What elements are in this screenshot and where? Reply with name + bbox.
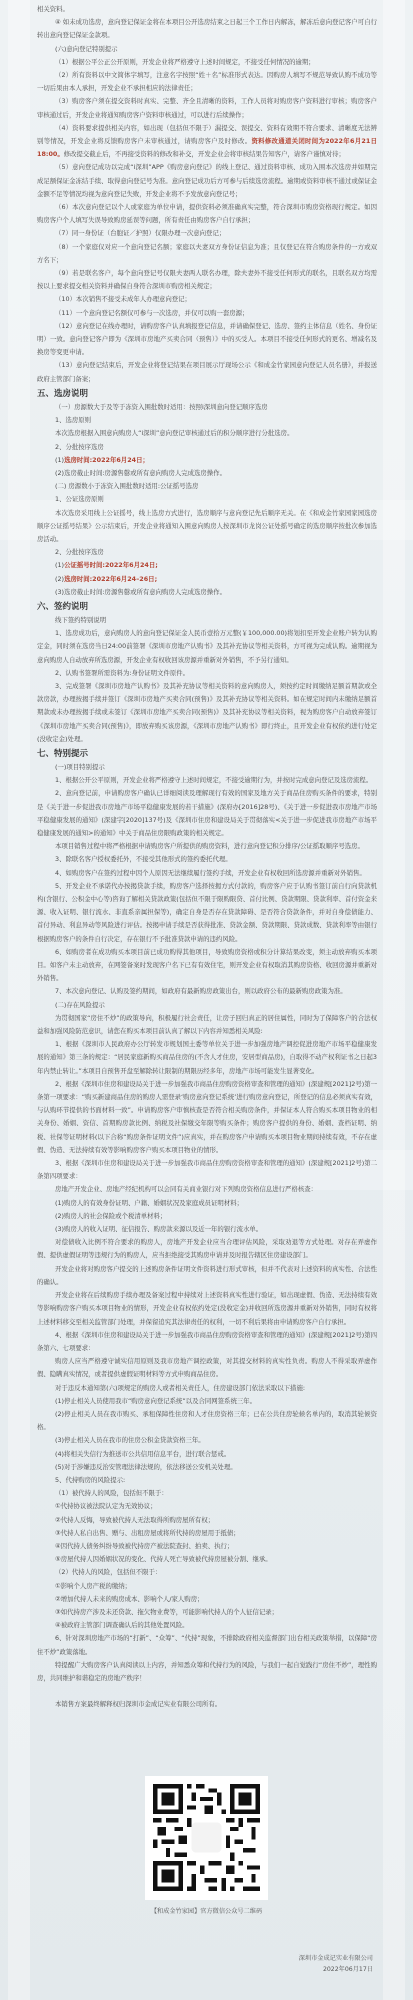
paragraph: （8）一个家庭仅对应一个意向登记名额；家庭以夫妻双方身份证信息为准；且仅登记在符… xyxy=(37,241,377,267)
paragraph: （2）所有资料以中文简体字填写，注意名字按照“姓＋名”标准形式表达。因购房人填写… xyxy=(37,69,377,95)
sub-heading: (1)停止相关人员使用我市“购房意向登记系统”以及合同网签系统三年。 xyxy=(37,1395,377,1408)
paragraph: 4、如购房客户在签约过程中因个人原因无法继续履行签约手续，开发企业有权收回所选房… xyxy=(37,867,377,880)
paragraph: 1、根据公开公平原则，开发企业将严格遵守上述时间规定，不接受逾期行为，并按时完成… xyxy=(37,774,377,787)
sub-heading: (二)存在风险提示 xyxy=(37,999,377,1012)
qr-caption: 【和成金竹家园】官方微信公众号二维码 xyxy=(0,1906,413,1915)
paragraph: 本次选房根据入围意向购房人“i深圳”意向登记审核通过后的积分顺序进行分批选房。 xyxy=(37,427,377,440)
sub-heading: (二) 房源数小于冻资入围批数时适用:公证摇号选房 xyxy=(37,480,377,493)
sub-heading: ①影响个人房产税的缴纳； xyxy=(37,1580,377,1593)
sub-heading: (3)购房人的收入证明、征信报告、购房款来源以及近一年的银行流水单。 xyxy=(37,1223,377,1236)
paragraph: 购房人应当严格遵守诚实信用原则及我市房地产调控政策，对其提交材料的真实性负责。购… xyxy=(37,1355,377,1381)
paragraph: 2、根据《深圳市住房和建设局关于进一步加强我市商品住房购房资格审查和管理的通知》… xyxy=(37,1078,377,1157)
sub-heading: ⑤房屋代持人因婚姻状况的变化、代持人死亡导致被代持房屋被分割、继承。 xyxy=(37,1553,377,1566)
sub-heading: ②代持人反悔，导致被代持人无法取得所购房屋所有权； xyxy=(37,1514,377,1527)
sub-heading: ③代持人私自出售、赠与、出租房屋或将所代持的房屋用于抵债； xyxy=(37,1527,377,1540)
qr-code-icon xyxy=(153,1784,260,1891)
company-name: 深圳市金成记实业有限公司 xyxy=(299,1953,373,1964)
paragraph: （12）意向登记在线办理时，请购房客户认真填报登记信息，并请确保登记、选房、签约… xyxy=(37,320,377,360)
sub-heading: （2）代持人的风险，包括但不限于： xyxy=(37,1566,377,1579)
paragraph: 6、如购房者在成功购买本项目前已成功购得其他项目，导致购房资格或积分计算结果改变… xyxy=(37,946,377,986)
section-heading: 五、选房说明 xyxy=(37,387,377,401)
paragraph-text: 修改提交截止后，不再接受资料的修改和补交，开发企业会将审核结果告知客户，请客户谨… xyxy=(64,150,345,158)
sub-heading: ①代持协议被法院认定为无效协议； xyxy=(37,1500,377,1513)
paragraph-with-highlight: （4）资料要求提供相关内容，如出现（包括但不限于）漏提交、误提交、资料有效期不符… xyxy=(37,122,377,162)
paragraph: 5、开发企业不承诺代办按揭贷款手续，购房客户选择按揭方式付款的，购房客户应于认购… xyxy=(37,880,377,946)
section-heading: 七、特别提示 xyxy=(37,747,377,761)
paragraph: 6、针对深圳房地产市场的“打新”、“众筹”、“代持”现象，不排除政府相关监督部门… xyxy=(37,1632,377,1658)
paragraph: （3）购房客户须在提交资料时真实、完整、齐全且清晰的资料，工作人员将对购房客户资… xyxy=(37,95,377,121)
paragraph: 开发企业将对购房客户提交的上述购房条件证明文件资料进行形式审核，但并不代表对上述… xyxy=(37,1263,377,1289)
paragraph: ④ 如未成功选房，意向登记保证金将在本项目公开选房结束之日起三个工作日内解冻，解… xyxy=(37,16,377,42)
paragraph-text: (1) xyxy=(55,456,64,464)
paragraph: 7、本次意向登记、认购及签约期间，如政府有最新购房政策出台，则以政府公布的最新购… xyxy=(37,985,377,998)
paragraph: 2、认购书签署所需资料为:身份证明文件原件。 xyxy=(37,667,377,680)
paragraph-with-highlight: (1)公证摇号时间:2022年6月24日; xyxy=(37,559,377,572)
sub-heading: (2)购房人的社会保险或个税清单材料； xyxy=(37,1210,377,1223)
sub-heading: ④被政府主管部门调查确认后的其他处置风险。 xyxy=(37,1619,377,1632)
paragraph: （10）本次销售不接受未成年人办理意向登记； xyxy=(37,293,377,306)
sub-heading: 2、分批按序选房 xyxy=(37,546,377,559)
sub-heading: 1、公证选房原则 xyxy=(37,493,377,506)
paragraph-text: (1) xyxy=(55,561,64,569)
paragraph: 1、选房成功后，意向购房人的意向登记保证金人民币壹拾万元整(￥100,000.0… xyxy=(37,627,377,667)
sub-heading: (5)对于涉嫌违反治安管理法律法规的，依法移送公安机关处理。 xyxy=(37,1461,377,1474)
section-heading: 六、签约说明 xyxy=(37,600,377,614)
highlighted-deadline: 公证摇号时间:2022年6月24日; xyxy=(64,561,158,569)
paragraph: 本项目销售过程中将严格根据申请购房客户所提供的购房资料，进行意向登记积分排序/公… xyxy=(37,840,377,853)
paragraph: （9）若是联名客户，每个意向登记号仅限夫妻两人联名办理，除夫妻外不接受任何形式的… xyxy=(37,267,377,293)
paragraph: 相关资料。 xyxy=(37,3,377,16)
paragraph-with-highlight: (2)选房时间:2022年6月24–26日; xyxy=(37,573,377,586)
paragraph: （1）根据公平公正公开原则，开发企业将严格遵守上述时间规定，不接受任何情况的逾期… xyxy=(37,56,377,69)
sub-heading: 线下签约特别说明 xyxy=(37,614,377,627)
sub-heading: (3)选房截止时间:房源售罄或所有意向购房人完成选房操作。 xyxy=(37,586,377,599)
paragraph: 开发企业将在后续购房手续办理及备案过程中持续对上述资料真实性进行验证，如出现虚假… xyxy=(37,1289,377,1329)
highlighted-deadline: 选房时间:2022年6月24日； xyxy=(64,456,149,464)
paragraph: 特提醒广大购房客户认真阅读以上内容，并知悉众筹和代持行为的风险，与我们一起自觉践… xyxy=(37,1659,377,1685)
paragraph: (2)停止相关人员在我市购买、承租保障性住房和人才住房资格三年；已在公共住房轮候… xyxy=(37,1408,377,1434)
sub-heading: 5、代持购房的风险提示: xyxy=(37,1474,377,1487)
sub-heading: (2)选房截止时间:房源售罄或所有意向购房人完成选房操作。 xyxy=(37,467,377,480)
paragraph: 3、完成签署《深圳市房地产认购书》及其补充协议等相关资料的意向购房人，须按约定时… xyxy=(37,680,377,746)
paragraph: 房地产开发企业、房地产经纪机构可以会同有关商业银行对下列购房资格信息进行严格核查… xyxy=(37,1183,377,1196)
paragraph-with-highlight: (1)选房时间:2022年6月24日； xyxy=(37,454,377,467)
paragraph: 4、根据《深圳市住房和建设局关于进一步加强我市商品住房购房资格审查和管理的通知》… xyxy=(37,1329,377,1355)
qr-code-card xyxy=(145,1776,268,1900)
paragraph: 本销售方案最终解释权归深圳市金成记实业有限公司所有。 xyxy=(37,1698,377,1711)
sales-notice-document: 相关资料。④ 如未成功选房，意向登记保证金将在本项目公开选房结束之日起三个工作日… xyxy=(37,3,377,1712)
sub-heading: (一)项目特别提示 xyxy=(37,761,377,774)
paragraph: 2、意向登记前，申请购房客户确认已详细阅读及理解现行有效的国家及地方关于商品住房… xyxy=(37,787,377,840)
highlighted-deadline: 选房时间:2022年6月24–26日; xyxy=(64,575,157,583)
spacer xyxy=(37,1685,377,1698)
sub-heading: ④因代持人债务纠纷导致被代持房产被法院查封、拍卖、执行； xyxy=(37,1540,377,1553)
sub-heading: (4)将相关失信行为推送市公共信用信息平台，进行联合惩戒。 xyxy=(37,1448,377,1461)
paragraph: （13）意向登记结束后，开发企业将登记结果在项目展示厅现场公示《和成金竹家园意向… xyxy=(37,359,377,385)
sub-heading: （一）房源数大于及等于冻资入围批数时适用：按照i深圳意向登记顺序选房 xyxy=(37,401,377,414)
sub-heading: （1）被代持人的风险，包括但不限于： xyxy=(37,1487,377,1500)
sub-heading: ③如代持房产涉及未还贷款、拖欠物业费等，可能影响代持人的个人征信记录； xyxy=(37,1606,377,1619)
paragraph: 为贯彻国家“房住不炒”的政策导向，积极履行社会责任，让房子回归真正的居住属性，同… xyxy=(37,1012,377,1038)
signature-date: 2022年06月17日 xyxy=(299,1964,373,1975)
sub-heading: 2、分批按序选房 xyxy=(37,441,377,454)
sub-heading: 对于违反本通知第(六)项规定的购房人或者相关责任人，住房建设部门依法采取以下措施… xyxy=(37,1382,377,1395)
background-pillar-left xyxy=(8,0,30,2000)
sub-heading: (六)意向登记特别提示 xyxy=(37,43,377,56)
sub-heading: ②增加代持人未来的购房成本、影响个人/家人购房； xyxy=(37,1593,377,1606)
paragraph: 3、根据《深圳市住房和建设局关于进一步加强我市商品住房购房资格审查和管理的通知》… xyxy=(37,1157,377,1183)
paragraph: （6）本次意向登记以个人或家庭为单位申请，提供资料必须准确真实完整，符合深圳市购… xyxy=(37,201,377,227)
paragraph: 本次选房采用线上公证摇号，线上选房方式进行，选房顺序与意向登记先后顺序无关。在《… xyxy=(37,507,377,547)
sub-heading: 1、选房原则 xyxy=(37,414,377,427)
paragraph: （5）意向登记成功以完成“i深圳”APP《购房意向登记》的线上登记、通过资料审核… xyxy=(37,161,377,201)
background-pillar-right xyxy=(383,0,405,2000)
paragraph-text: (2) xyxy=(55,575,64,583)
paragraph: 1、根据《深圳市人民政府办公厅转发市规划国土委等单位关于进一步加强房地产调控促进… xyxy=(37,1038,377,1078)
signature-block: 深圳市金成记实业有限公司 2022年06月17日 xyxy=(299,1953,373,1975)
paragraph: （7）同一身份证（台胞证／护照）仅限办理一次意向登记； xyxy=(37,227,377,240)
paragraph: 对偿债收入比例不符合要求的购房人，房地产开发企业应当合理评估风险，采取劝退等方式… xyxy=(37,1236,377,1262)
paragraph: （11）一个意向登记名额仅可参与一次选房，并仅可以购一套房源； xyxy=(37,307,377,320)
paragraph: 3、除联名客户授权委托外，不接受其他形式的签约委托代理。 xyxy=(37,853,377,866)
sub-heading: (1)购房人的有效身份证明、户籍、婚姻状况及家庭成员证明材料； xyxy=(37,1197,377,1210)
sub-heading: (3)停止相关人员在我市的住房公积金贷款资格三年。 xyxy=(37,1434,377,1447)
